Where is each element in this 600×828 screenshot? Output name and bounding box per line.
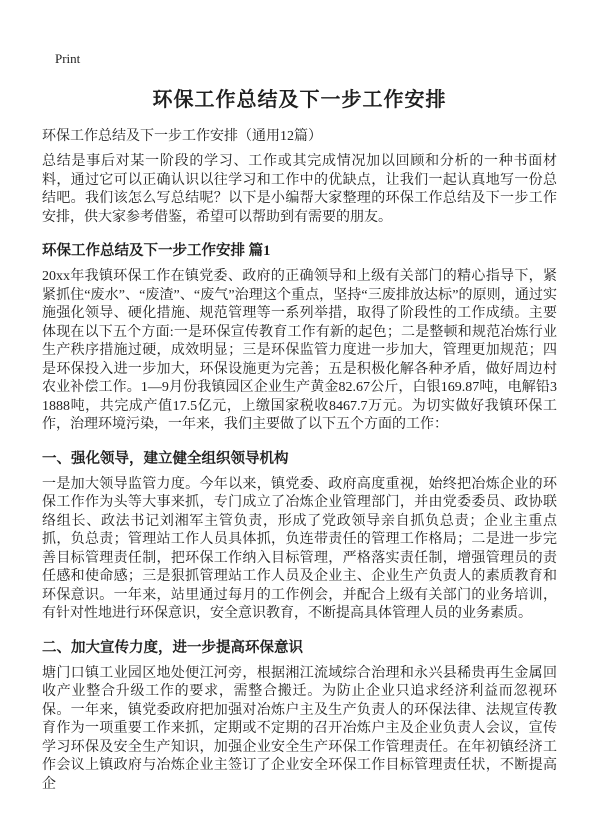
print-link[interactable]: Print — [55, 52, 80, 66]
section-body-2: 塘门口镇工业园区地处便江河旁，根据湘江流域综合治理和永兴县稀贵再生金属回收产业整… — [42, 665, 557, 795]
intro-paragraph: 总结是事后对某一阶段的学习、工作或其完成情况加以回顾和分析的一种书面材料，通过它… — [42, 153, 557, 227]
doc-subtitle: 环保工作总结及下一步工作安排（通用12篇） — [42, 127, 557, 146]
section-heading-1: 一、强化领导，建立健全组织领导机构 — [42, 450, 557, 469]
document-page: Print 环保工作总结及下一步工作安排 环保工作总结及下一步工作安排（通用12… — [0, 0, 600, 828]
section-body-1: 一是加大领导监管力度。今年以来，镇党委、政府高度重视，始终把冶炼企业的环保工作作… — [42, 476, 557, 624]
document-content: Print 环保工作总结及下一步工作安排 环保工作总结及下一步工作安排（通用12… — [0, 0, 600, 794]
section-heading-2: 二、加大宣传力度，进一步提高环保意识 — [42, 639, 557, 658]
article-heading: 环保工作总结及下一步工作安排 篇1 — [42, 242, 557, 261]
page-title: 环保工作总结及下一步工作安排 — [42, 89, 557, 111]
article-intro-paragraph: 20xx年我镇环保工作在镇党委、政府的正确领导和上级有关部门的精心指导下，紧紧抓… — [42, 268, 557, 435]
